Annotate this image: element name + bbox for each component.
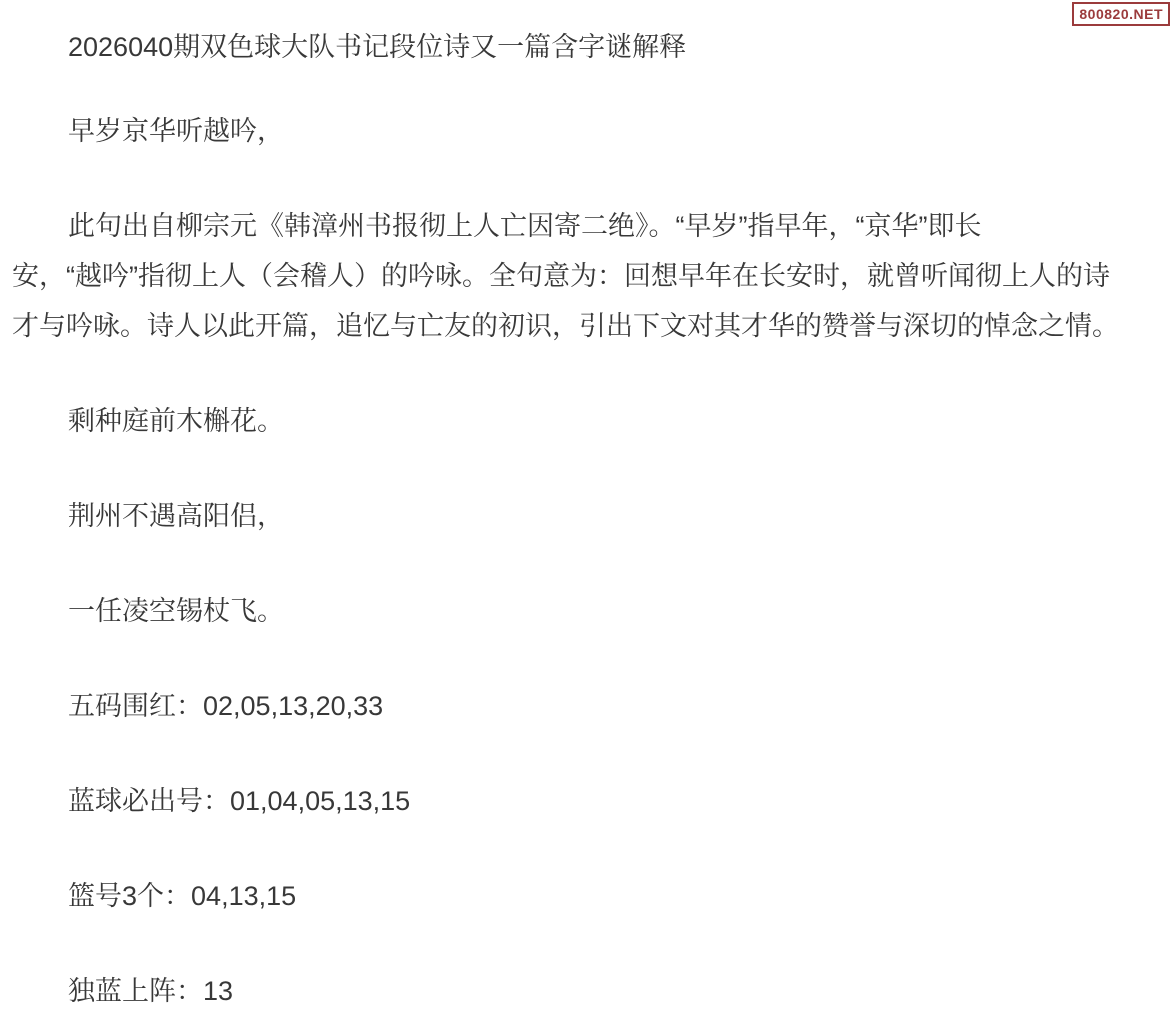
prediction-single-blue-numbers: 13 — [203, 976, 233, 1006]
prediction-blue-must-label: 蓝球必出号： — [68, 786, 230, 816]
prediction-red-five: 五码围红：02,05,13,20,33 — [12, 681, 1159, 731]
prediction-blue-must-numbers: 01,04,05,13,15 — [230, 786, 410, 816]
poem-line-3: 荆州不遇高阳侣， — [12, 491, 1159, 541]
prediction-single-blue-label: 独蓝上阵： — [68, 976, 203, 1006]
poem-line-2: 剩种庭前木槲花。 — [12, 396, 1159, 446]
prediction-blue-three-label: 篮号3个： — [68, 881, 191, 911]
page-title: 2026040期双色球大队书记段位诗又一篇含字谜解释 — [12, 22, 1159, 72]
prediction-blue-three-numbers: 04,13,15 — [191, 881, 296, 911]
explanation-paragraph: 此句出自柳宗元《韩漳州书报彻上人亡因寄二绝》。“早岁”指早年，“京华”即长 安，… — [12, 201, 1159, 351]
article-body: 2026040期双色球大队书记段位诗又一篇含字谜解释 早岁京华听越吟， 此句出自… — [0, 0, 1173, 1016]
prediction-red-five-numbers: 02,05,13,20,33 — [203, 691, 383, 721]
prediction-single-blue: 独蓝上阵：13 — [12, 966, 1159, 1016]
poem-line-4: 一任凌空锡杖飞。 — [12, 586, 1159, 636]
watermark-badge: 800820.NET — [1072, 2, 1170, 26]
prediction-blue-three: 篮号3个：04,13,15 — [12, 871, 1159, 921]
poem-line-1: 早岁京华听越吟， — [12, 106, 1159, 156]
prediction-red-five-label: 五码围红： — [68, 691, 203, 721]
prediction-blue-must: 蓝球必出号：01,04,05,13,15 — [12, 776, 1159, 826]
